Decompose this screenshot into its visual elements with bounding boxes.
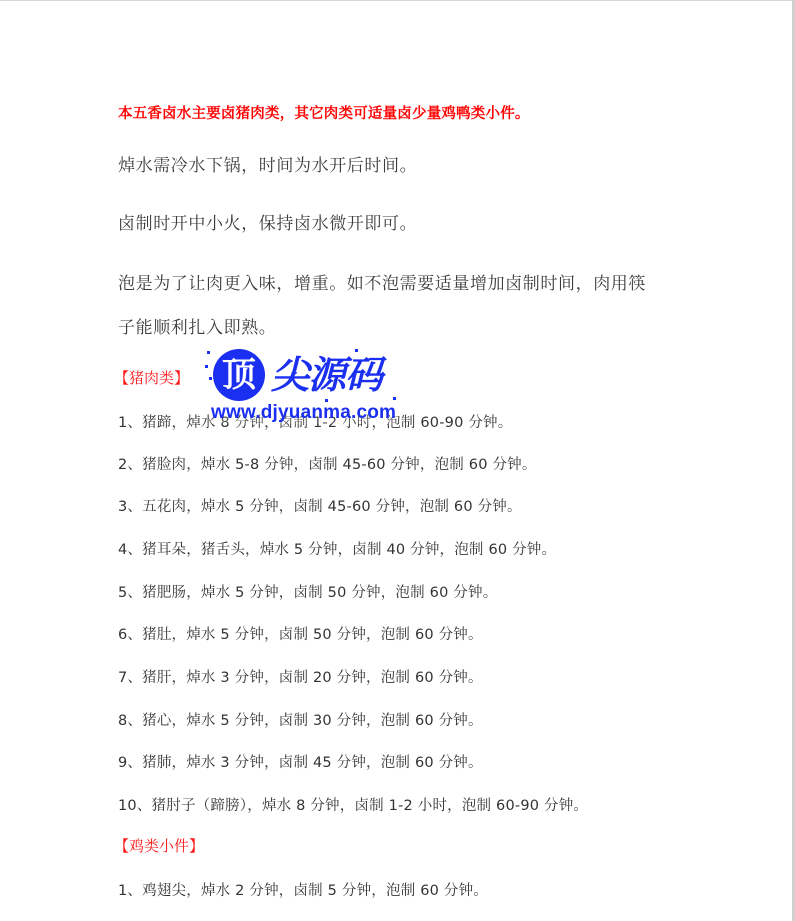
list-item: 8、猪心，焯水 5 分钟，卤制 30 分钟，泡制 60 分钟。 [118,709,483,730]
paragraph-braising-heat: 卤制时开中小火，保持卤水微开即可。 [118,209,417,234]
list-item: 7、猪肝，焯水 3 分钟，卤制 20 分钟，泡制 60 分钟。 [118,666,483,687]
watermark-title: 尖源码 [271,351,382,399]
list-item: 9、猪肺，焯水 3 分钟，卤制 45 分钟，泡制 60 分钟。 [118,751,483,772]
list-item: 3、五花肉，焯水 5 分钟，卤制 45-60 分钟，泡制 60 分钟。 [118,495,522,516]
list-item: 5、猪肥肠，焯水 5 分钟，卤制 50 分钟，泡制 60 分钟。 [118,581,497,602]
section-heading-pork: 【猪肉类】 [114,367,189,388]
paragraph-blanching: 焯水需冷水下锅，时间为水开后时间。 [118,151,417,176]
document-page: 本五香卤水主要卤猪肉类，其它肉类可适量卤少量鸡鸭类小件。 焯水需冷水下锅，时间为… [0,0,792,921]
list-item: 1、猪蹄，焯水 8 分钟，卤制 1-2 小时，泡制 60-90 分钟。 [118,411,512,432]
list-item: 4、猪耳朵，猪舌头，焯水 5 分钟，卤制 40 分钟，泡制 60 分钟。 [118,538,556,559]
list-item: 1、鸡翅尖，焯水 2 分钟，卤制 5 分钟，泡制 60 分钟。 [118,879,488,900]
list-item: 10、猪肘子（蹄膀），焯水 8 分钟，卤制 1-2 小时，泡制 60-90 分钟… [118,794,588,815]
paragraph-soaking-line2: 子能顺利扎入即熟。 [118,313,276,338]
section-heading-chicken: 【鸡类小件】 [114,835,204,856]
paragraph-soaking-line1: 泡是为了让肉更入味，增重。如不泡需要适量增加卤制时间，肉用筷 [118,269,646,294]
list-item: 2、猪脸肉，焯水 5-8 分钟，卤制 45-60 分钟，泡制 60 分钟。 [118,453,537,474]
watermark-badge: 顶 [213,349,265,401]
intro-note: 本五香卤水主要卤猪肉类，其它肉类可适量卤少量鸡鸭类小件。 [118,102,530,123]
list-item: 6、猪肚，焯水 5 分钟，卤制 50 分钟，泡制 60 分钟。 [118,623,483,644]
